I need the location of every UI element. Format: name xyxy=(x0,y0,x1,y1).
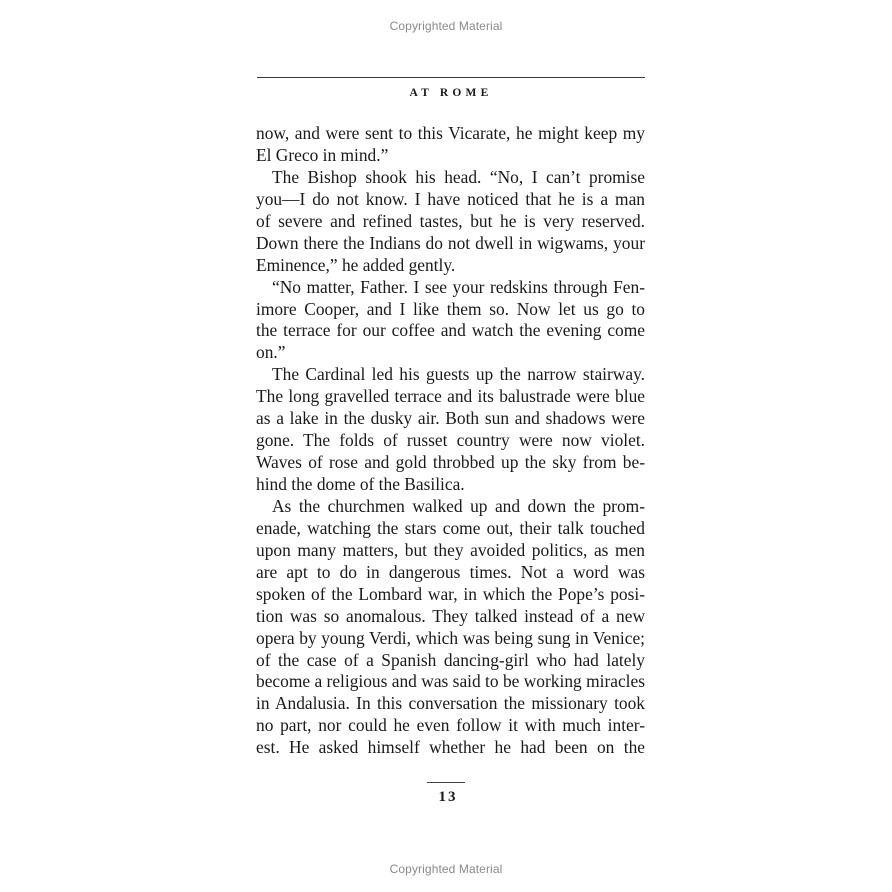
running-head: AT ROME xyxy=(257,87,645,99)
text-line: the terrace for our coffee and watch the… xyxy=(256,320,645,342)
text-line: now, and were sent to this Vicarate, he … xyxy=(256,123,645,145)
paragraph: The Cardinal led his guests up the narro… xyxy=(256,364,645,496)
copyright-watermark-bottom: Copyrighted Material xyxy=(0,862,892,876)
text-line: gone. The folds of russet country were n… xyxy=(256,430,645,452)
text-line: of severe and refined tastes, but he is … xyxy=(256,211,645,233)
text-line: imore Cooper, and I like them so. Now le… xyxy=(256,299,645,321)
page-number: 13 xyxy=(0,789,892,806)
text-line: enade, watching the stars come out, thei… xyxy=(256,518,645,540)
text-line: opera by young Verdi, which was being su… xyxy=(256,628,645,650)
text-line: Eminence,” he added gently. xyxy=(256,255,645,277)
text-line: on.” xyxy=(256,342,645,364)
paragraph: now, and were sent to this Vicarate, he … xyxy=(256,123,645,167)
footer-rule xyxy=(427,782,465,783)
copyright-watermark-top: Copyrighted Material xyxy=(0,19,892,33)
text-line: Waves of rose and gold throbbed up the s… xyxy=(256,452,645,474)
text-line: El Greco in mind.” xyxy=(256,145,645,167)
text-line: The Cardinal led his guests up the narro… xyxy=(256,364,645,386)
text-line: “No matter, Father. I see your redskins … xyxy=(256,277,645,299)
text-line: tion was so anomalous. They talked inste… xyxy=(256,606,645,628)
text-line: in Andalusia. In this conversation the m… xyxy=(256,693,645,715)
text-line: spoken of the Lombard war, in which the … xyxy=(256,584,645,606)
text-line: upon many matters, but they avoided poli… xyxy=(256,540,645,562)
text-line: Down there the Indians do not dwell in w… xyxy=(256,233,645,255)
text-line: The long gravelled terrace and its balus… xyxy=(256,386,645,408)
text-line: as a lake in the dusky air. Both sun and… xyxy=(256,408,645,430)
text-line: no part, nor could he even follow it wit… xyxy=(256,715,645,737)
paragraph: The Bishop shook his head. “No, I can’t … xyxy=(256,167,645,277)
text-line: est. He asked himself whether he had bee… xyxy=(256,737,645,759)
text-line: you—I do not know. I have noticed that h… xyxy=(256,189,645,211)
paragraph: As the churchmen walked up and down the … xyxy=(256,496,645,759)
text-line: hind the dome of the Basilica. xyxy=(256,474,645,496)
text-line: The Bishop shook his head. “No, I can’t … xyxy=(256,167,645,189)
text-line: of the case of a Spanish dancing-girl wh… xyxy=(256,650,645,672)
paragraph: “No matter, Father. I see your redskins … xyxy=(256,277,645,365)
text-line: become a religious and was said to be wo… xyxy=(256,671,645,693)
text-line: As the churchmen walked up and down the … xyxy=(256,496,645,518)
text-line: are apt to do in dangerous times. Not a … xyxy=(256,562,645,584)
body-text: now, and were sent to this Vicarate, he … xyxy=(256,123,645,759)
header-rule xyxy=(257,77,645,78)
